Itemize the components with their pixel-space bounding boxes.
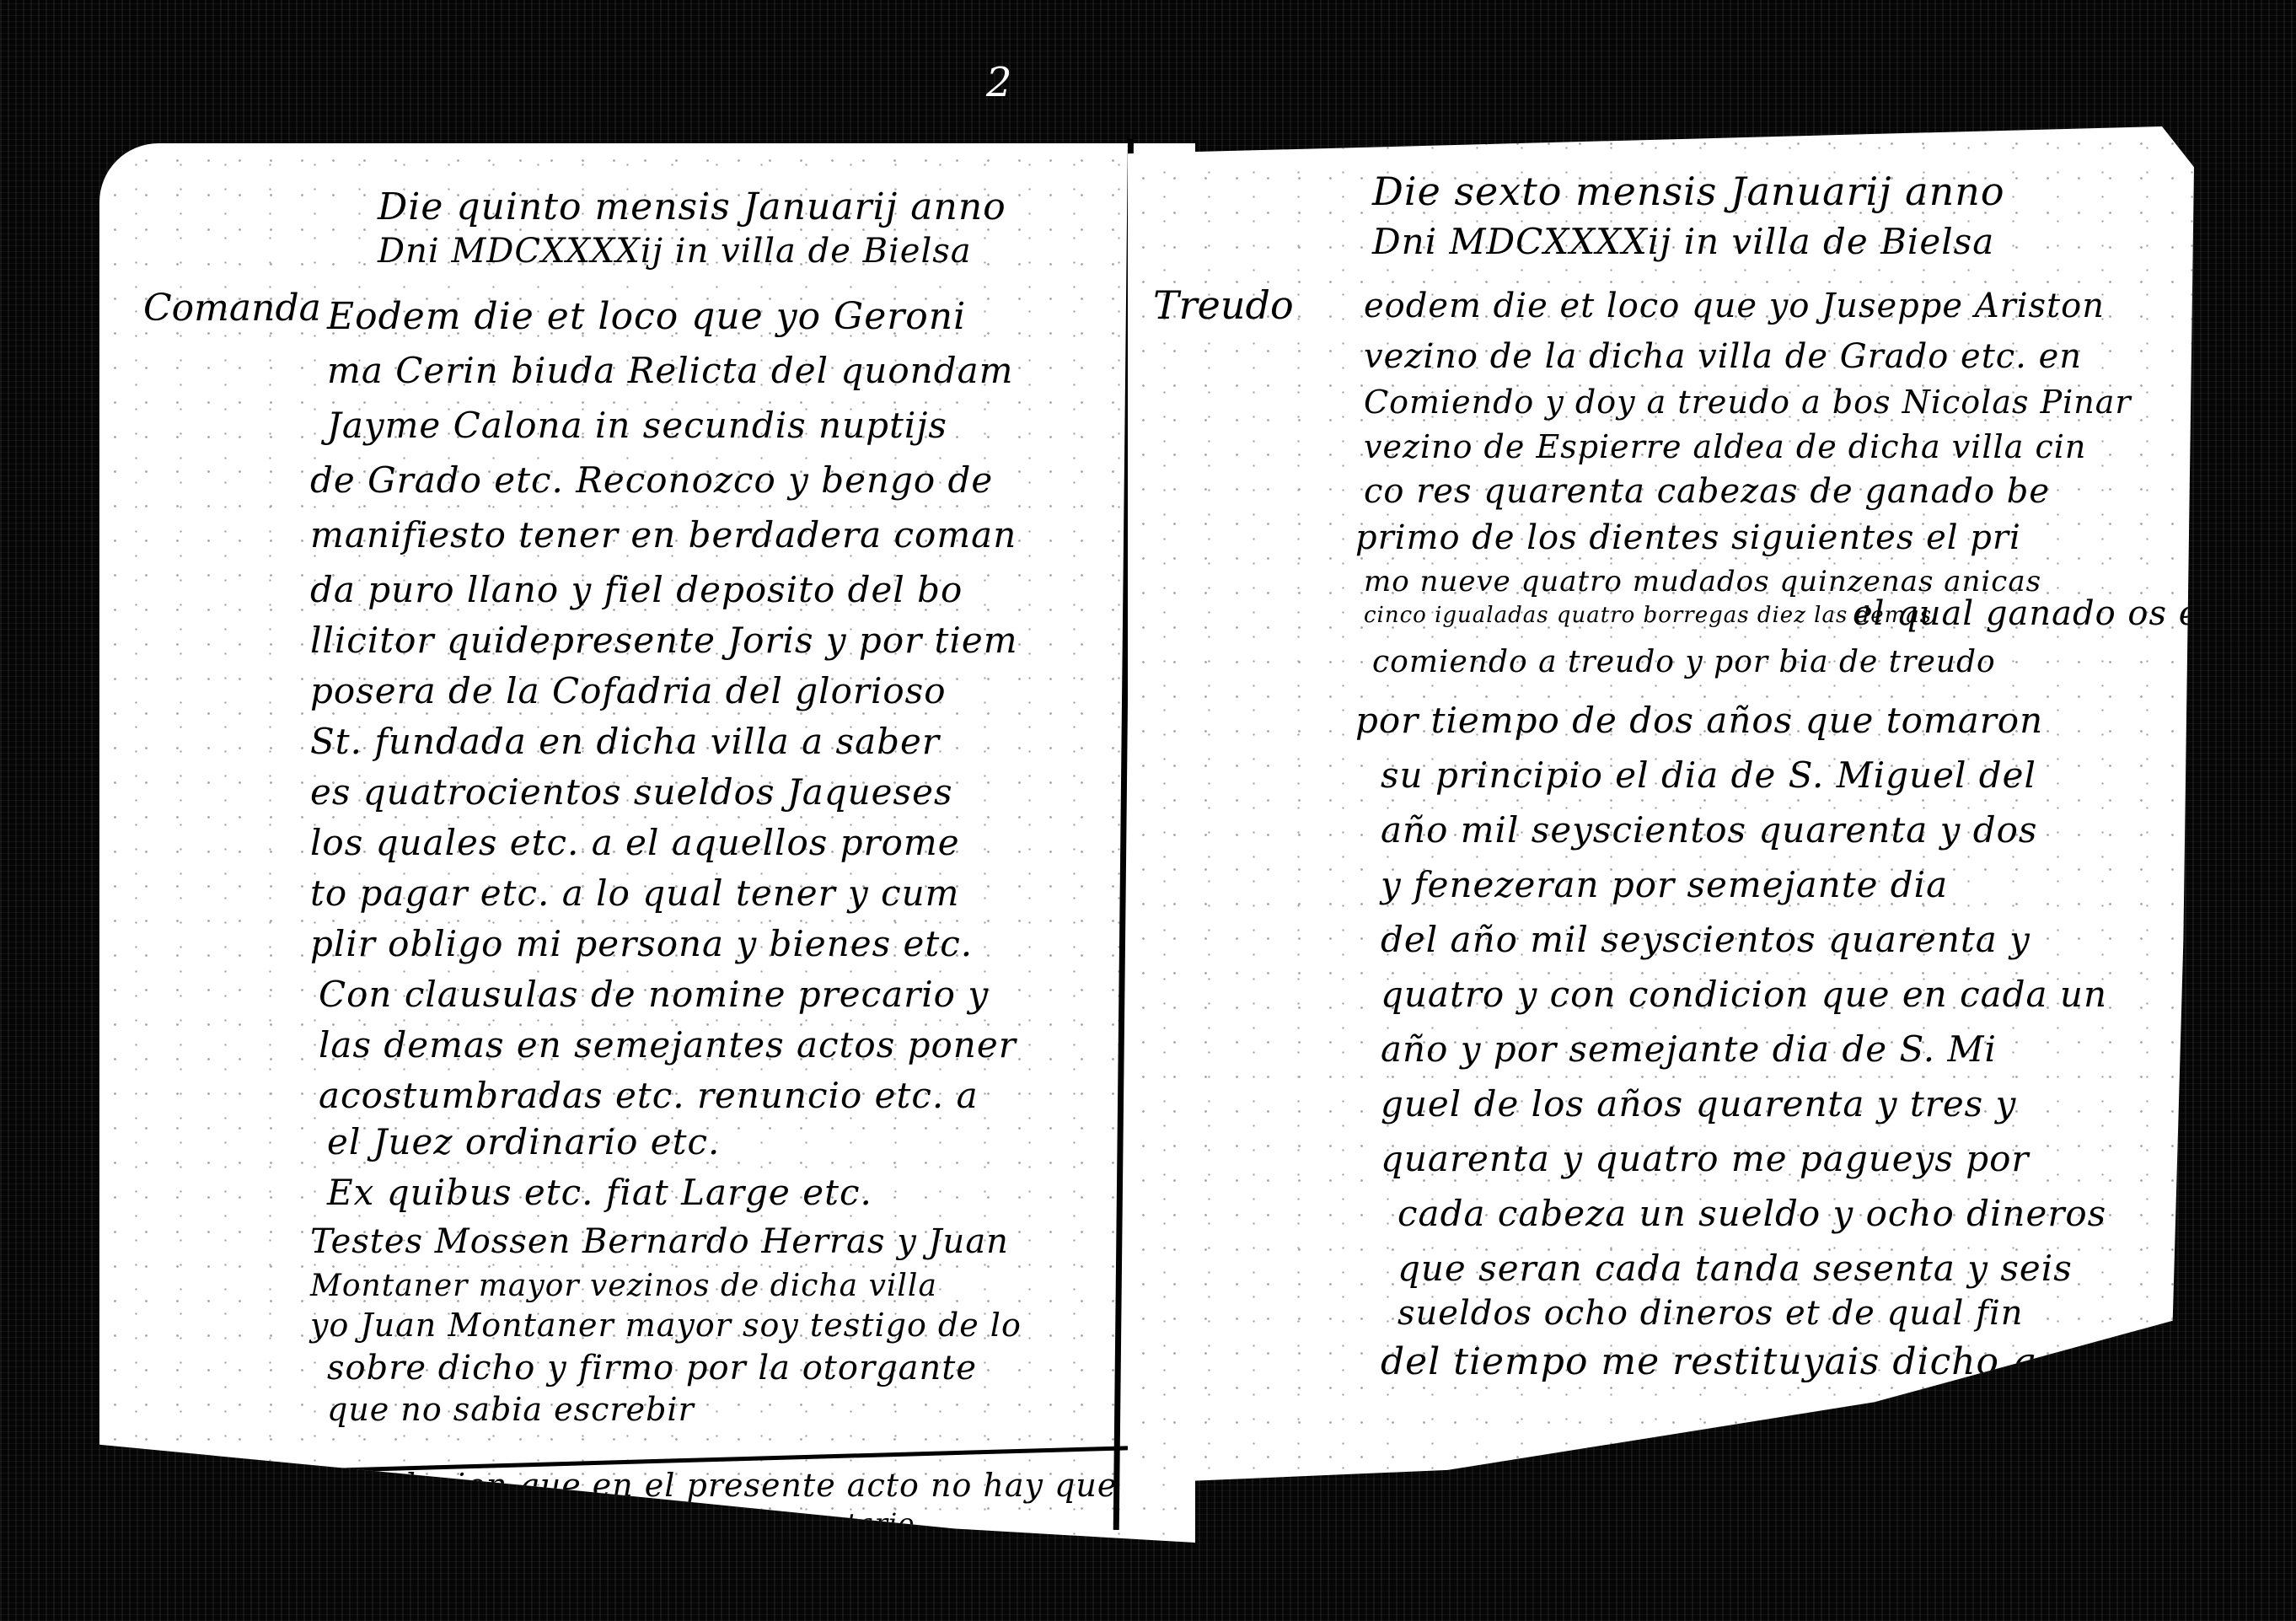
body-line: St. fundada en dicha villa a saber — [310, 721, 940, 762]
heading-line: Dni MDCXXXXij in villa de Bielsa — [378, 232, 972, 271]
body-line: sueldos ocho dineros et de qual fin — [1397, 1294, 2024, 1333]
heading-line: Die quinto mensis Januarij anno — [378, 185, 1006, 228]
body-line: eodem die et loco que yo Juseppe Ariston — [1364, 287, 2105, 325]
body-line: su principio el dia de S. Miguel del — [1381, 754, 2036, 796]
body-line: del tiempo me restituyais dicho ga — [1381, 1340, 2059, 1383]
body-line: los quales etc. a el aquellos prome — [310, 822, 960, 863]
margin-note-right: Treudo — [1153, 282, 1294, 328]
body-line: Jayme Calona in secundis nuptijs — [327, 405, 947, 446]
body-line: yo Juan Montaner mayor soy testigo de lo — [310, 1307, 1022, 1344]
body-line: cinco igualadas quatro borregas diez las… — [1364, 603, 1932, 628]
body-line: Ex quibus etc. fiat Large etc. — [327, 1172, 872, 1213]
body-line: sobre dicho y firmo por la otorgante — [327, 1349, 977, 1388]
body-line: primo de los dientes siguientes el pri — [1355, 518, 2021, 557]
body-line: año y por semejante dia de S. Mi — [1381, 1028, 1997, 1070]
body-line: ma Cerin biuda Relicta del quondam — [327, 350, 1013, 391]
body-line: vezino de la dicha villa de Grado etc. e… — [1364, 337, 2082, 376]
body-line: por tiempo de dos años que tomaron — [1355, 700, 2043, 741]
body-line: llicitor quidepresente Joris y por tiem — [310, 620, 1018, 661]
body-line: de Grado etc. Reconozco y bengo de — [310, 459, 993, 501]
body-line: to pagar etc. a lo qual tener y cum — [310, 872, 960, 914]
body-line: quatro y con condicion que en cada un — [1381, 974, 2107, 1015]
body-line: acostumbradas etc. renuncio etc. a — [319, 1075, 979, 1116]
body-line: el qual ganado os en — [1853, 594, 2194, 633]
body-line: da puro llano y fiel deposito del bo — [310, 569, 963, 610]
body-line: las demas en semejantes actos poner — [319, 1024, 1017, 1065]
body-line: es quatrocientos sueldos Jaqueses — [310, 771, 953, 813]
margin-note-left: Comanda — [143, 287, 321, 330]
body-line: vezino de Espierre aldea de dicha villa … — [1364, 428, 2086, 465]
folio-number-left: 2 — [986, 59, 1012, 106]
body-line: guel de los años quarenta y tres y — [1381, 1083, 2016, 1125]
body-line: plir obligo mi persona y bienes etc. — [310, 923, 973, 964]
body-line: co res quarenta cabezas de ganado be — [1364, 472, 2050, 511]
body-line: del año mil seyscientos quarenta y — [1381, 919, 2030, 960]
body-line: que no sabia escrebir — [327, 1391, 695, 1428]
body-line: quarenta y quatro me pagueys por — [1381, 1138, 2030, 1179]
body-line: Montaner mayor vezinos de dicha villa — [310, 1269, 937, 1303]
body-line: el Juez ordinario etc. — [327, 1121, 720, 1162]
body-line: Comiendo y doy a treudo a bos Nicolas Pi… — [1364, 384, 2132, 421]
right-page: 4 Treudo Die sexto mensis Januarij anno … — [1128, 126, 2194, 1484]
body-line: Con clausulas de nomine precario y — [319, 974, 989, 1015]
body-line: mo nueve quatro mudados quinzenas anicas — [1364, 565, 2041, 598]
body-line: posera de la Cofadria del glorioso — [310, 670, 947, 711]
heading-line: Die sexto mensis Januarij anno — [1372, 169, 2005, 214]
body-line: y fenezeran por semejante dia — [1381, 864, 1948, 905]
body-line: Eodem die et loco que yo Geroni — [327, 295, 966, 338]
body-line: año mil seyscientos quarenta y dos — [1381, 809, 2037, 851]
heading-line: Dni MDCXXXXij in villa de Bielsa — [1372, 221, 1994, 262]
left-page: Comanda Die quinto mensis Januarij anno … — [99, 143, 1195, 1543]
body-line: manifiesto tener en berdadera coman — [310, 514, 1017, 556]
body-line: que seran cada tanda sesenta y seis — [1397, 1248, 2073, 1289]
body-line: cada cabeza un sueldo y ocho dineros — [1397, 1193, 2106, 1234]
body-line: Testes Mossen Bernardo Herras y Juan — [310, 1222, 1009, 1261]
body-line: comiendo a treudo y por bia de treudo — [1372, 645, 1996, 679]
